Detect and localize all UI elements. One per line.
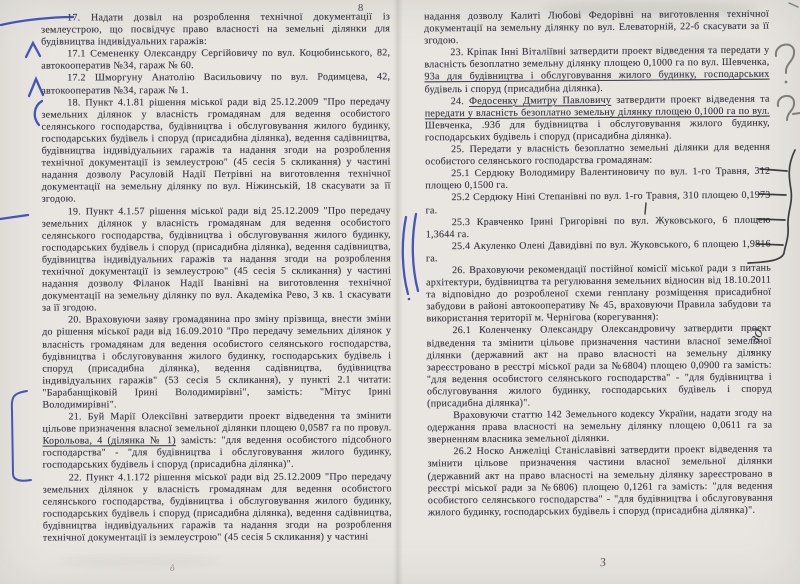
text-run: 25.1 Сердюку Володимиру Валентиновичу по… xyxy=(425,166,770,192)
text-run: затвердити проект відведення та xyxy=(611,93,770,105)
paragraph: 19. Пункт 4.1.57 рішення міської ради ві… xyxy=(42,205,391,315)
left-page: 8 17. Надати дозвіл на розроблення техні… xyxy=(0,0,398,584)
paragraph: 26.1 Коленченку Олександру Олександрович… xyxy=(426,323,772,410)
text-run: 24. xyxy=(451,96,469,107)
text-run: Шевченка, .93б для будівництва і обслуго… xyxy=(425,117,770,143)
pen-underlined-text: Корольова, 4 (ділянка № 1) xyxy=(43,435,176,446)
paragraph: Враховуючи статтю 142 Земельного кодексу… xyxy=(427,408,772,447)
right-footer-mark: З xyxy=(599,555,607,571)
paragraph: 24. Федосенку Дмитру Павловичу затвердит… xyxy=(425,93,770,144)
text-run: Враховуючи статтю 142 Земельного кодексу… xyxy=(427,408,772,446)
paragraph: 21. Буй Марії Олексіївні затвердити прое… xyxy=(42,410,391,472)
pen-underlined-text: 93а для будівництва і обслуговування жил… xyxy=(424,69,769,83)
text-run: 19. Пункт 4.1.57 рішення міської ради ві… xyxy=(42,205,391,314)
text-run: будівель і споруд (присадибна ділянка). xyxy=(425,83,603,95)
text-run: 17.1 Семененку Олександру Сергійовичу по… xyxy=(41,48,390,72)
paragraph: надання дозволу Калиті Любові Федорівні … xyxy=(424,9,769,48)
paragraph: 25.3 Кравченко Ірині Григорівні по вул. … xyxy=(426,214,771,241)
text-run: 25. Передати у власність безоплатно земе… xyxy=(425,142,770,168)
paragraph: 17.2 Шморгуну Анатолію Васильовичу по ву… xyxy=(41,72,390,97)
text-run: 25.3 Кравченко Ірині Григорівні по вул. … xyxy=(426,214,771,240)
text-run: 20. Враховуючи заяву громадянина про змі… xyxy=(42,314,391,411)
text-run: 26.1 Коленченку Олександру Олександрович… xyxy=(427,323,772,409)
paragraph: 26.2 Носко Анжеліці Станіславівні затвер… xyxy=(427,444,773,519)
text-run: 22. Пункт 4.1.172 рішення міської ради в… xyxy=(43,471,392,544)
paragraph: 20. Враховуючи заяву громадянина про змі… xyxy=(42,314,391,412)
text-run: 26.2 Носко Анжеліці Станіславівні затвер… xyxy=(428,444,773,518)
paragraph: 25. Передати у власність безоплатно земе… xyxy=(425,142,770,169)
scanned-document: 8 17. Надати дозвіл на розроблення техні… xyxy=(0,0,800,584)
text-run: 17.2 Шморгуну Анатолію Васильовичу по ву… xyxy=(41,72,390,96)
left-page-text: 17. Надати дозвіл на розроблення технічн… xyxy=(41,11,392,544)
paragraph: 25.1 Сердюку Володимиру Валентиновичу по… xyxy=(425,166,770,193)
paragraph: 25.2 Сердюку Ніні Степанівні по вул. 1-г… xyxy=(425,190,770,217)
text-run: надання дозволу Калиті Любові Федорівні … xyxy=(424,9,769,47)
paragraph: 23. Кріпак Інні Віталіївні затвердити пр… xyxy=(424,45,769,96)
right-page-text: надання дозволу Калиті Любові Федорівні … xyxy=(424,9,773,520)
text-run: 25.2 Сердюку Ніні Степанівні по вул. 1-г… xyxy=(426,190,771,216)
text-run: 18. Пункт 4.1.81 рішення міської ради ві… xyxy=(41,96,390,205)
text-run: 23. Кріпак Інні Віталіївні затвердити пр… xyxy=(424,45,769,71)
paragraph: 26. Враховуючи рекомендації постійної ко… xyxy=(426,263,771,326)
left-footer-mark: ô xyxy=(170,563,175,573)
text-run: 21. Буй Марії Олексіївні затвердити прое… xyxy=(43,410,392,434)
paragraph: 17.1 Семененку Олександру Сергійовичу по… xyxy=(41,48,390,73)
paragraph: 25.4 Акуленко Олені Давидівні по вул. Жу… xyxy=(426,238,771,265)
text-run: 25.4 Акуленко Олені Давидівні по вул. Жу… xyxy=(426,238,771,264)
right-page: надання дозволу Калиті Любові Федорівні … xyxy=(398,0,800,584)
text-run: 26. Враховуючи рекомендації постійної ко… xyxy=(426,263,771,325)
paragraph: 17. Надати дозвіл на розроблення технічн… xyxy=(41,11,390,48)
pen-underlined-text: Федосенку Дмитру Павловичу xyxy=(469,95,611,107)
paragraph: 22. Пункт 4.1.172 рішення міської ради в… xyxy=(43,471,392,545)
paragraph: 18. Пункт 4.1.81 рішення міської ради ві… xyxy=(41,96,390,206)
text-run: 17. Надати дозвіл на розроблення технічн… xyxy=(41,11,390,47)
